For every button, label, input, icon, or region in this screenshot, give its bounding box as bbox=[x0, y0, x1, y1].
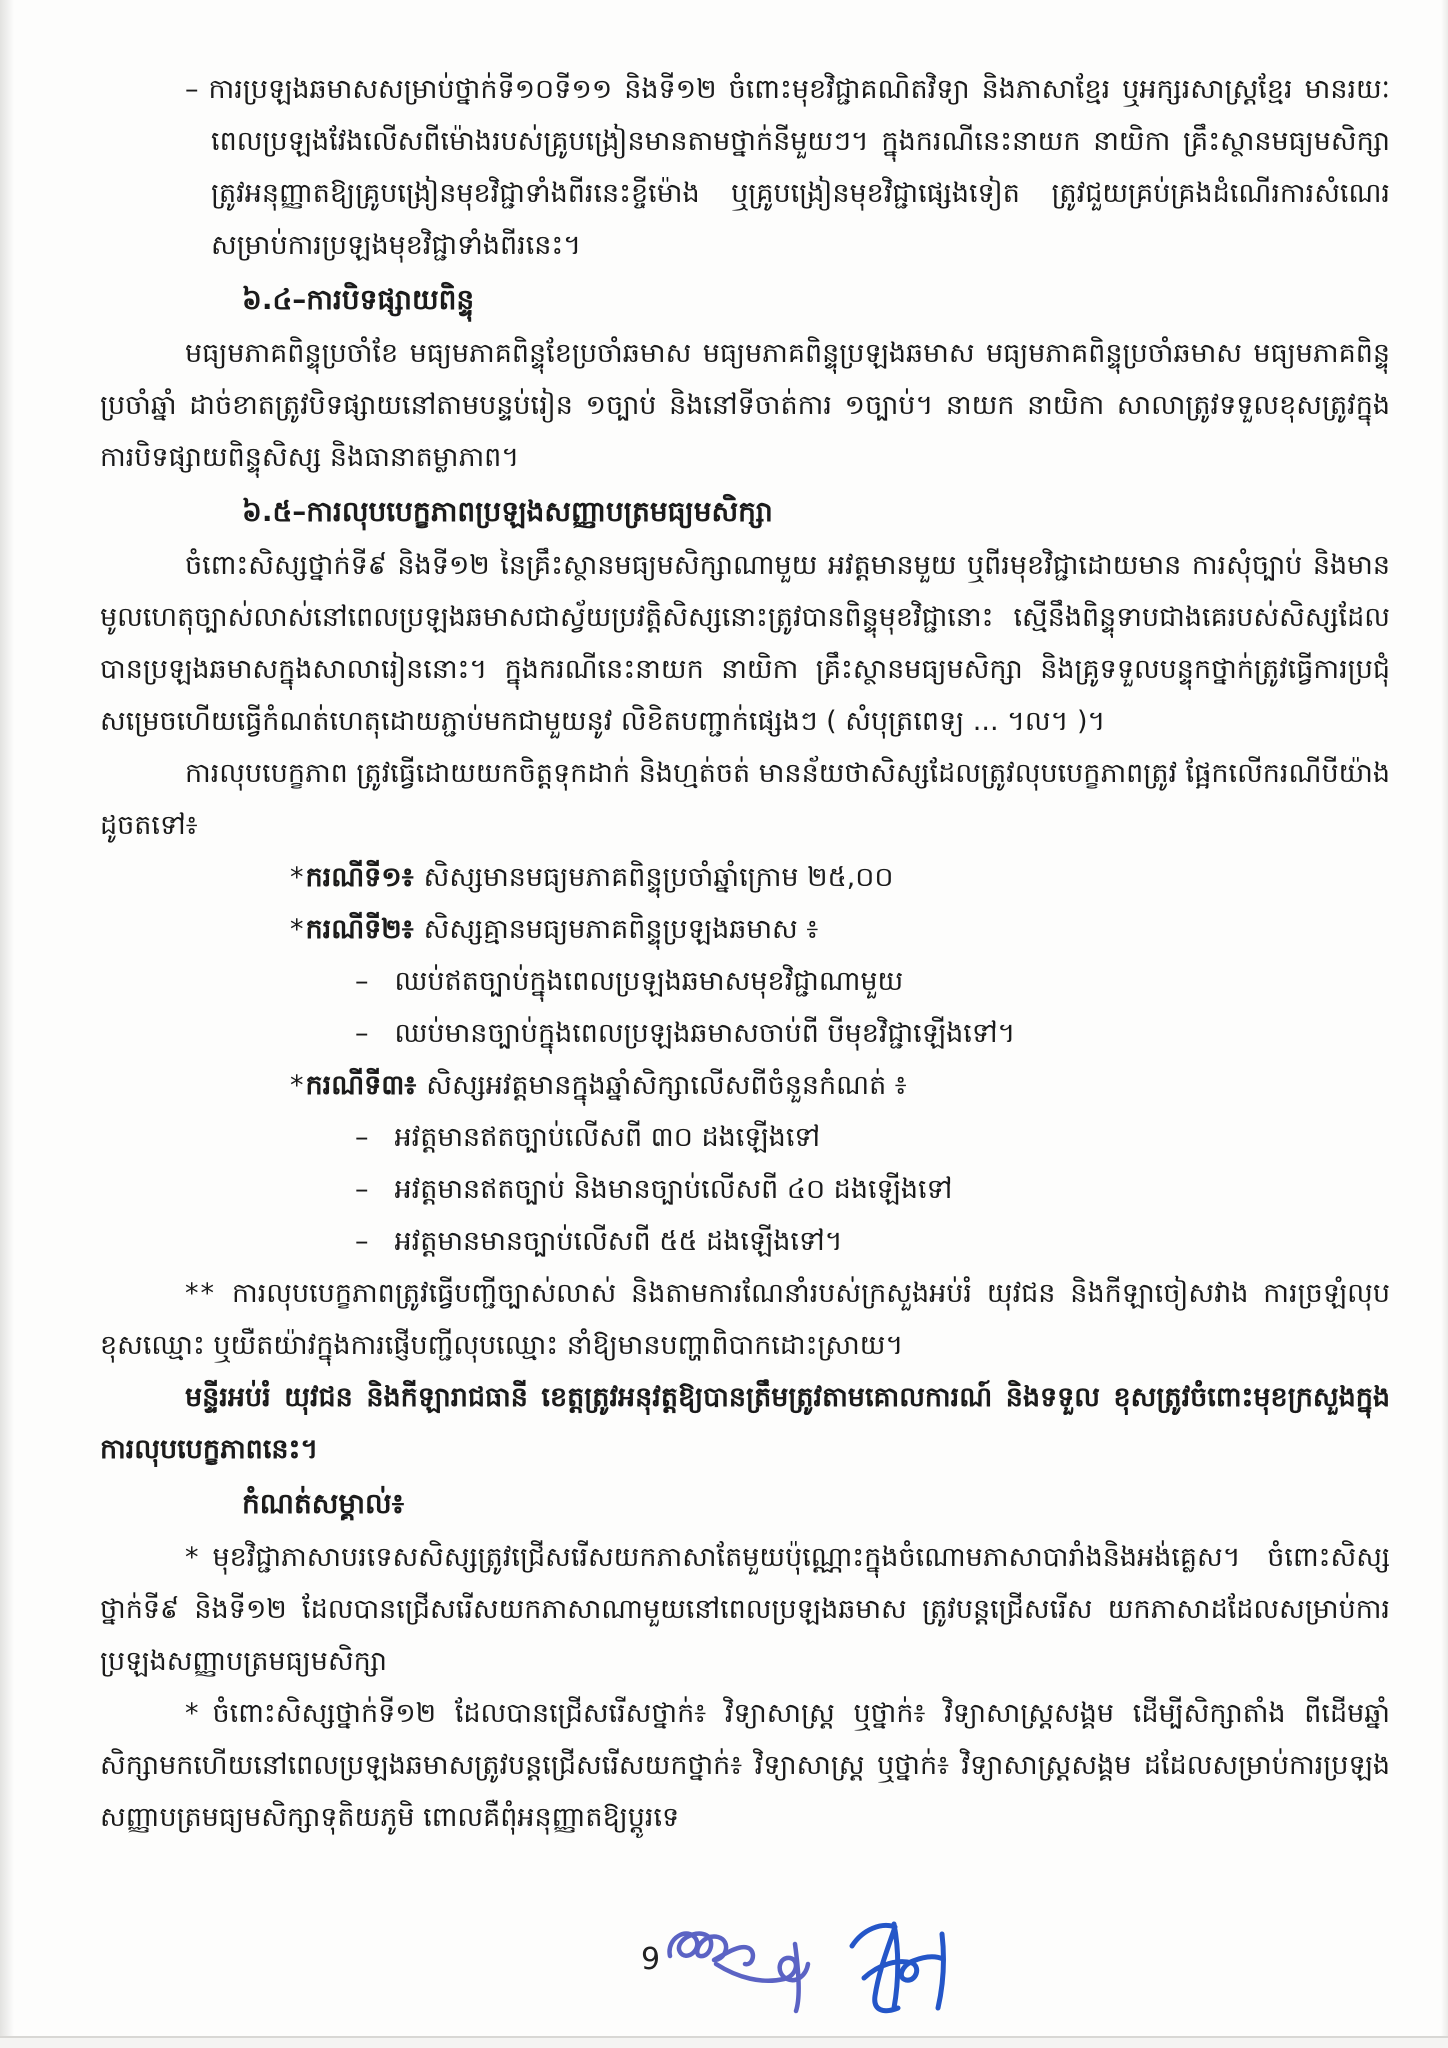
case-3-subitem: –អវត្តមានមានច្បាប់លើសពី ៥៥ ដងឡើងទៅ។ bbox=[355, 1216, 1390, 1268]
case-3-label: ករណីទី៣៖ bbox=[306, 1070, 417, 1101]
dash-marker: – bbox=[185, 74, 199, 105]
case-3-line: *ករណីទី៣៖សិស្សអវត្តមានក្នុងឆ្នាំសិក្សាលើ… bbox=[290, 1060, 1390, 1112]
asterisk-marker: * bbox=[290, 1070, 304, 1101]
case-3-subitem-text: អវត្តមានមានច្បាប់លើសពី ៥៥ ដងឡើងទៅ។ bbox=[395, 1216, 843, 1268]
case-3-subitem: –អវត្តមានឥតច្បាប់លើសពី ៣០ ដងឡើងទៅ bbox=[355, 1112, 1390, 1164]
section-6-4-heading: ៦.៤–ការបិទផ្សាយពិន្ទុ bbox=[242, 272, 1390, 328]
dash-marker: – bbox=[355, 1164, 369, 1216]
dash-marker: – bbox=[355, 1216, 369, 1268]
section-6-5-heading: ៦.៥–ការលុបបេក្ខភាពប្រឡងសញ្ញាបត្រមធ្យមសិក… bbox=[242, 484, 1390, 540]
dash-marker: – bbox=[355, 1008, 369, 1060]
asterisk-marker: * bbox=[290, 862, 304, 893]
case-1-label: ករណីទី១៖ bbox=[306, 862, 414, 893]
dash-marker: – bbox=[355, 956, 369, 1008]
page-footer: 9 bbox=[0, 1916, 1448, 2046]
section-6-5-paragraph-2: ការលុបបេក្ខភាព ត្រូវធ្វើដោយយកចិត្តទុកដាក… bbox=[100, 748, 1390, 852]
case-2-subitem-text: ឈប់ឥតច្បាប់ក្នុងពេលប្រឡងឆមាសមុខវិជ្ជាណាម… bbox=[395, 956, 904, 1008]
page-right-edge-shadow bbox=[1441, 0, 1448, 2048]
asterisk-marker: * bbox=[185, 1542, 199, 1573]
scanned-document-page: –ការប្រឡងឆមាសសម្រាប់ថ្នាក់ទី១០ទី១១ និងទី… bbox=[0, 0, 1448, 2048]
intro-bullet-item: –ការប្រឡងឆមាសសម្រាប់ថ្នាក់ទី១០ទី១១ និងទី… bbox=[185, 64, 1390, 272]
dash-marker: – bbox=[355, 1112, 369, 1164]
remarks-heading: កំណត់សម្គាល់៖ bbox=[242, 1476, 1390, 1532]
asterisk-marker: * bbox=[185, 1698, 199, 1729]
case-3-subitem-text: អវត្តមានឥតច្បាប់ និងមានច្បាប់លើសពី ៤០ ដង… bbox=[395, 1164, 953, 1216]
case-2-label: ករណីទី២៖ bbox=[306, 914, 414, 945]
deletion-note-paragraph: **ការលុបបេក្ខភាពត្រូវធ្វើបញ្ជីច្បាស់លាស់… bbox=[100, 1268, 1390, 1372]
deletion-note-text: ការលុបបេក្ខភាពត្រូវធ្វើបញ្ជីច្បាស់លាស់ ន… bbox=[100, 1278, 1390, 1361]
ministry-bold-paragraph: មន្ទីរអប់រំ យុវជន និងកីឡារាជធានី ខេត្តត្… bbox=[100, 1372, 1390, 1476]
page-left-edge-shadow bbox=[0, 0, 14, 2048]
case-3-text: សិស្សអវត្តមានក្នុងឆ្នាំសិក្សាលើសពីចំនួនក… bbox=[426, 1070, 906, 1101]
remarks-paragraph-2-text: ចំពោះសិស្សថ្នាក់ទី១២ ដែលបានជ្រើសរើសថ្នាក… bbox=[100, 1698, 1390, 1833]
case-2-line: *ករណីទី២៖សិស្សគ្មានមធ្យមភាគពិន្ទុប្រឡងឆម… bbox=[290, 904, 1390, 956]
intro-bullet-text: ការប្រឡងឆមាសសម្រាប់ថ្នាក់ទី១០ទី១១ និងទី១… bbox=[209, 74, 1391, 261]
case-3-subitem-text: អវត្តមានឥតច្បាប់លើសពី ៣០ ដងឡើងទៅ bbox=[395, 1112, 821, 1164]
case-2-subitem: –ឈប់មានច្បាប់ក្នុងពេលប្រឡងឆមាសចាប់ពី បីម… bbox=[355, 1008, 1390, 1060]
remarks-paragraph-2: *ចំពោះសិស្សថ្នាក់ទី១២ ដែលបានជ្រើសរើសថ្នា… bbox=[100, 1688, 1390, 1844]
case-3-subitem: –អវត្តមានឥតច្បាប់ និងមានច្បាប់លើសពី ៤០ ដ… bbox=[355, 1164, 1390, 1216]
remarks-paragraph-1: *មុខវិជ្ជាភាសាបរទេសសិស្សត្រូវជ្រើសរើសយកភ… bbox=[100, 1532, 1390, 1688]
section-6-5-paragraph-1: ចំពោះសិស្សថ្នាក់ទី៩ និងទី១២ នៃគ្រឹះស្ថាន… bbox=[100, 540, 1390, 748]
signature-scribble bbox=[658, 1916, 958, 2034]
case-2-subitem: –ឈប់ឥតច្បាប់ក្នុងពេលប្រឡងឆមាសមុខវិជ្ជាណា… bbox=[355, 956, 1390, 1008]
case-2-subitem-text: ឈប់មានច្បាប់ក្នុងពេលប្រឡងឆមាសចាប់ពី បីមុ… bbox=[395, 1008, 1016, 1060]
remarks-paragraph-1-text: មុខវិជ្ជាភាសាបរទេសសិស្សត្រូវជ្រើសរើសយកភា… bbox=[100, 1542, 1390, 1677]
double-asterisk-marker: ** bbox=[185, 1278, 216, 1309]
case-2-text: សិស្សគ្មានមធ្យមភាគពិន្ទុប្រឡងឆមាស ៖ bbox=[424, 914, 819, 945]
document-body: –ការប្រឡងឆមាសសម្រាប់ថ្នាក់ទី១០ទី១១ និងទី… bbox=[100, 64, 1390, 1844]
case-1-text: សិស្សមានមធ្យមភាគពិន្ទុប្រចាំឆ្នាំក្រោម ២… bbox=[424, 862, 894, 893]
case-1-line: *ករណីទី១៖សិស្សមានមធ្យមភាគពិន្ទុប្រចាំឆ្ន… bbox=[290, 852, 1390, 904]
section-6-4-paragraph: មធ្យមភាគពិន្ទុប្រចាំខែ មធ្យមភាគពិន្ទុខែប… bbox=[100, 328, 1390, 484]
asterisk-marker: * bbox=[290, 914, 304, 945]
